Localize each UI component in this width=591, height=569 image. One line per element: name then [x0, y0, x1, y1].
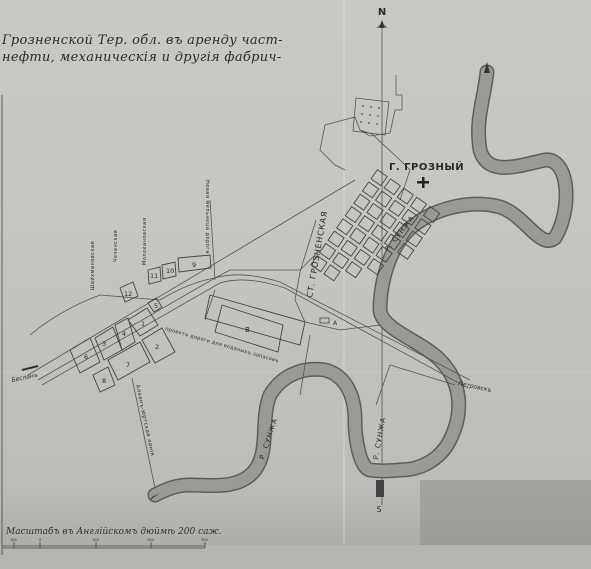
- street-label-4: Новая мельница дорога: [204, 180, 210, 254]
- plot-3: [95, 327, 122, 360]
- map-label: 6: [84, 353, 88, 361]
- map-label: 100: [10, 538, 17, 542]
- plot-number-labels: 1 2 3 4 5 6 7 8 9 10 11 12: [84, 261, 196, 385]
- south-marker-icon: [376, 480, 384, 497]
- map-label: 8: [102, 377, 106, 385]
- map-drawing: N S Р. СУНЖА Р. СУНЖА Р. СУНЖА: [0, 0, 591, 569]
- north-label: N: [378, 7, 386, 18]
- map-label: 5: [154, 302, 158, 310]
- map-label: 7: [126, 361, 130, 369]
- church-cross-icon: [417, 177, 429, 188]
- river-label-2: Р. СУНЖА: [372, 416, 387, 460]
- map-label: 100: [92, 538, 99, 542]
- alkhan-line: [132, 378, 155, 488]
- street-label-2: Чеченская: [113, 230, 119, 262]
- street-label-1: Шейхмановская: [89, 241, 96, 290]
- map-label: 9: [192, 261, 196, 269]
- city-label: Г. ГРОЗНЫЙ: [389, 160, 464, 173]
- beslan-arrow-icon: [22, 366, 38, 370]
- map-label: 2: [155, 343, 159, 351]
- station-label: В: [245, 326, 250, 334]
- small-building: [320, 318, 329, 323]
- south-label: S: [376, 505, 381, 514]
- map-label: 0: [39, 538, 41, 542]
- map-label: 11: [150, 272, 158, 280]
- scale-bar: [2, 542, 205, 548]
- road-label-beslan: Бесланъ: [11, 372, 39, 384]
- map-label: 1: [141, 320, 145, 328]
- main-roads: [28, 180, 470, 405]
- river-sunzha: [150, 62, 566, 500]
- street-label-3: Молокановская: [142, 218, 148, 265]
- scale-tick-labels: 100 0 100 200 300: [10, 538, 208, 542]
- map-label: 300: [201, 538, 208, 542]
- label-a: А: [333, 320, 338, 327]
- scale-caption: Масштабъ въ Англійскомъ дюймѣ 200 саж.: [6, 527, 222, 537]
- road-label-alkhan: Алханъ-юртская линія: [134, 384, 155, 457]
- stanitsa-label: СТ. ГРОЗНЕНСКАЯ: [305, 210, 329, 298]
- map-label: 10: [166, 267, 174, 275]
- map-label: 3: [102, 340, 106, 348]
- map-label: 4: [122, 330, 126, 338]
- map-label: 200: [147, 538, 154, 542]
- map-sheet: Грозненской Тер. обл. въ аренду част- не…: [0, 0, 591, 569]
- road-label-water: проектъ дороги для водяныхъ запасовъ: [164, 326, 279, 364]
- fortress-garden: [353, 75, 402, 136]
- map-label: 12: [124, 290, 132, 298]
